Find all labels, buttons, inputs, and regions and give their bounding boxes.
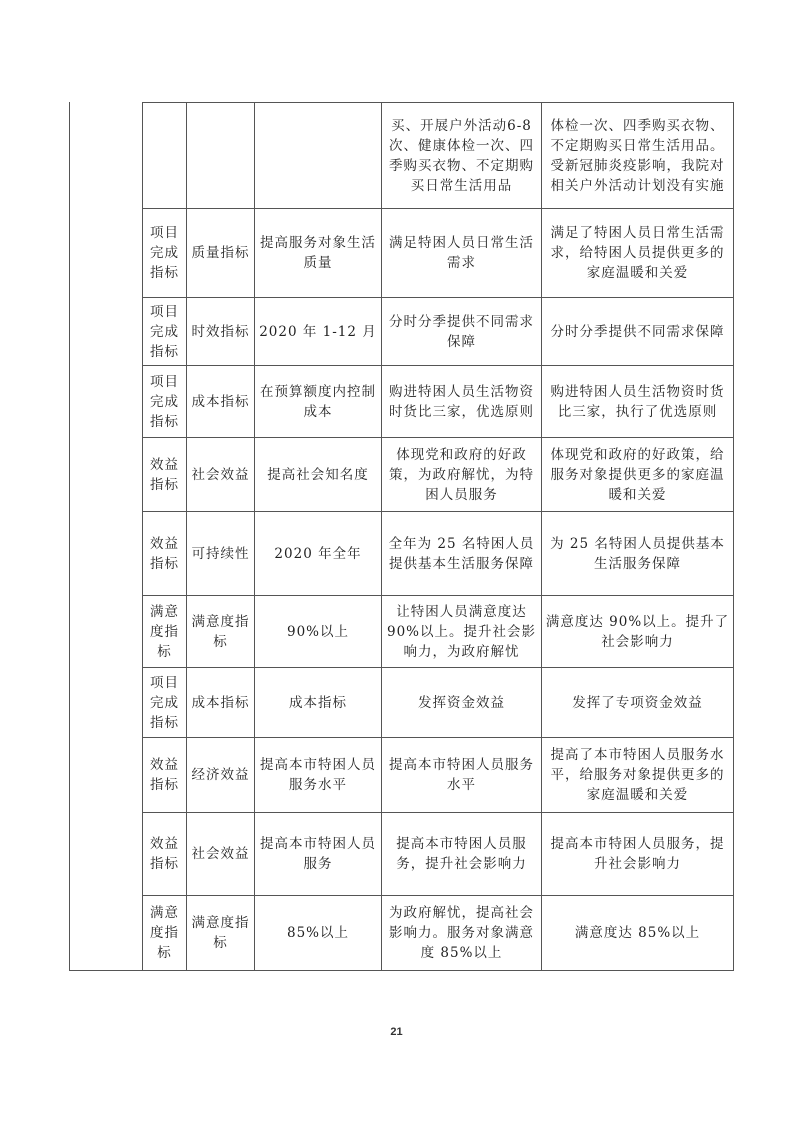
table-row: 买、开展户外活动6-8次、健康体检一次、四季购买衣物、不定期购买日常生活用品 体… <box>143 103 734 209</box>
target-value-cell: 成本指标 <box>255 668 382 738</box>
indicator-category-cell <box>143 103 187 209</box>
target-value-cell: 提高本市特困人员服务 <box>255 813 382 896</box>
actual-completion-cell: 提高了本市特困人员服务水平，给服务对象提供更多的家庭温暖和关爱 <box>542 738 734 813</box>
target-value-cell: 2020 年 1-12 月 <box>255 298 382 366</box>
target-value-cell: 在预算额度内控制成本 <box>255 366 382 438</box>
actual-completion-cell: 发挥了专项资金效益 <box>542 668 734 738</box>
indicator-type-cell: 质量指标 <box>187 209 255 298</box>
table-row: 效益指标 社会效益 提高本市特困人员服务 提高本市特困人员服务，提升社会影响力 … <box>143 813 734 896</box>
indicator-type-cell: 满意度指标 <box>187 596 255 668</box>
table-row: 效益指标 经济效益 提高本市特困人员服务水平 提高本市特困人员服务水平 提高了本… <box>143 738 734 813</box>
target-value-cell: 2020 年全年 <box>255 512 382 596</box>
target-value-cell: 85%以上 <box>255 896 382 971</box>
indicator-type-cell: 社会效益 <box>187 813 255 896</box>
planned-content-cell: 让特困人员满意度达90%以上。提升社会影响力，为政府解忧 <box>382 596 542 668</box>
table-row: 满意度指标 满意度指标 85%以上 为政府解忧，提高社会影响力。服务对象满意度 … <box>143 896 734 971</box>
table-row: 项目完成指标 质量指标 提高服务对象生活质量 满足特困人员日常生活需求 满足了特… <box>143 209 734 298</box>
indicator-type-cell: 社会效益 <box>187 438 255 512</box>
planned-content-cell: 满足特困人员日常生活需求 <box>382 209 542 298</box>
table-row: 项目完成指标 成本指标 在预算额度内控制成本 购进特困人员生活物资时货比三家，优… <box>143 366 734 438</box>
target-value-cell: 提高服务对象生活质量 <box>255 209 382 298</box>
indicator-category-cell: 项目完成指标 <box>143 668 187 738</box>
indicator-type-cell: 成本指标 <box>187 668 255 738</box>
table-body: 买、开展户外活动6-8次、健康体检一次、四季购买衣物、不定期购买日常生活用品 体… <box>143 103 734 971</box>
planned-content-cell: 购进特困人员生活物资时货比三家，优选原则 <box>382 366 542 438</box>
indicator-type-cell: 满意度指标 <box>187 896 255 971</box>
actual-completion-cell: 购进特困人员生活物资时货比三家，执行了优选原则 <box>542 366 734 438</box>
outer-table-left-border <box>69 102 70 970</box>
indicator-category-cell: 满意度指标 <box>143 596 187 668</box>
actual-completion-cell: 提高本市特困人员服务，提升社会影响力 <box>542 813 734 896</box>
table-row: 项目完成指标 成本指标 成本指标 发挥资金效益 发挥了专项资金效益 <box>143 668 734 738</box>
planned-content-cell: 全年为 25 名特困人员提供基本生活服务保障 <box>382 512 542 596</box>
indicator-type-cell: 可持续性 <box>187 512 255 596</box>
table-row: 效益指标 社会效益 提高社会知名度 体现党和政府的好政策，为政府解忧，为特困人员… <box>143 438 734 512</box>
table-row: 满意度指标 满意度指标 90%以上 让特困人员满意度达90%以上。提升社会影响力… <box>143 596 734 668</box>
planned-content-cell: 提高本市特困人员服务水平 <box>382 738 542 813</box>
indicator-category-cell: 效益指标 <box>143 813 187 896</box>
table-row: 效益指标 可持续性 2020 年全年 全年为 25 名特困人员提供基本生活服务保… <box>143 512 734 596</box>
actual-completion-cell: 满意度达 85%以上 <box>542 896 734 971</box>
indicator-category-cell: 满意度指标 <box>143 896 187 971</box>
planned-content-cell: 分时分季提供不同需求保障 <box>382 298 542 366</box>
indicator-category-cell: 效益指标 <box>143 438 187 512</box>
target-value-cell <box>255 103 382 209</box>
indicator-type-cell: 时效指标 <box>187 298 255 366</box>
indicator-category-cell: 项目完成指标 <box>143 209 187 298</box>
actual-completion-cell: 为 25 名特困人员提供基本生活服务保障 <box>542 512 734 596</box>
indicator-type-cell <box>187 103 255 209</box>
target-value-cell: 提高社会知名度 <box>255 438 382 512</box>
planned-content-cell: 为政府解忧，提高社会影响力。服务对象满意度 85%以上 <box>382 896 542 971</box>
indicator-category-cell: 项目完成指标 <box>143 366 187 438</box>
target-value-cell: 90%以上 <box>255 596 382 668</box>
planned-content-cell: 买、开展户外活动6-8次、健康体检一次、四季购买衣物、不定期购买日常生活用品 <box>382 103 542 209</box>
indicator-category-cell: 项目完成指标 <box>143 298 187 366</box>
actual-completion-cell: 满足了特困人员日常生活需求，给特困人员提供更多的家庭温暖和关爱 <box>542 209 734 298</box>
actual-completion-cell: 满意度达 90%以上。提升了社会影响力 <box>542 596 734 668</box>
performance-indicator-table: 买、开展户外活动6-8次、健康体检一次、四季购买衣物、不定期购买日常生活用品 体… <box>142 102 734 971</box>
indicator-category-cell: 效益指标 <box>143 738 187 813</box>
actual-completion-cell: 体现党和政府的好政策，给服务对象提供更多的家庭温暖和关爱 <box>542 438 734 512</box>
table-row: 项目完成指标 时效指标 2020 年 1-12 月 分时分季提供不同需求保障 分… <box>143 298 734 366</box>
actual-completion-cell: 分时分季提供不同需求保障 <box>542 298 734 366</box>
planned-content-cell: 发挥资金效益 <box>382 668 542 738</box>
planned-content-cell: 体现党和政府的好政策，为政府解忧，为特困人员服务 <box>382 438 542 512</box>
target-value-cell: 提高本市特困人员服务水平 <box>255 738 382 813</box>
planned-content-cell: 提高本市特困人员服务，提升社会影响力 <box>382 813 542 896</box>
indicator-type-cell: 成本指标 <box>187 366 255 438</box>
indicator-category-cell: 效益指标 <box>143 512 187 596</box>
page-number: 21 <box>0 1026 793 1038</box>
actual-completion-cell: 体检一次、四季购买衣物、不定期购买日常生活用品。受新冠肺炎疫影响，我院对相关户外… <box>542 103 734 209</box>
indicator-type-cell: 经济效益 <box>187 738 255 813</box>
